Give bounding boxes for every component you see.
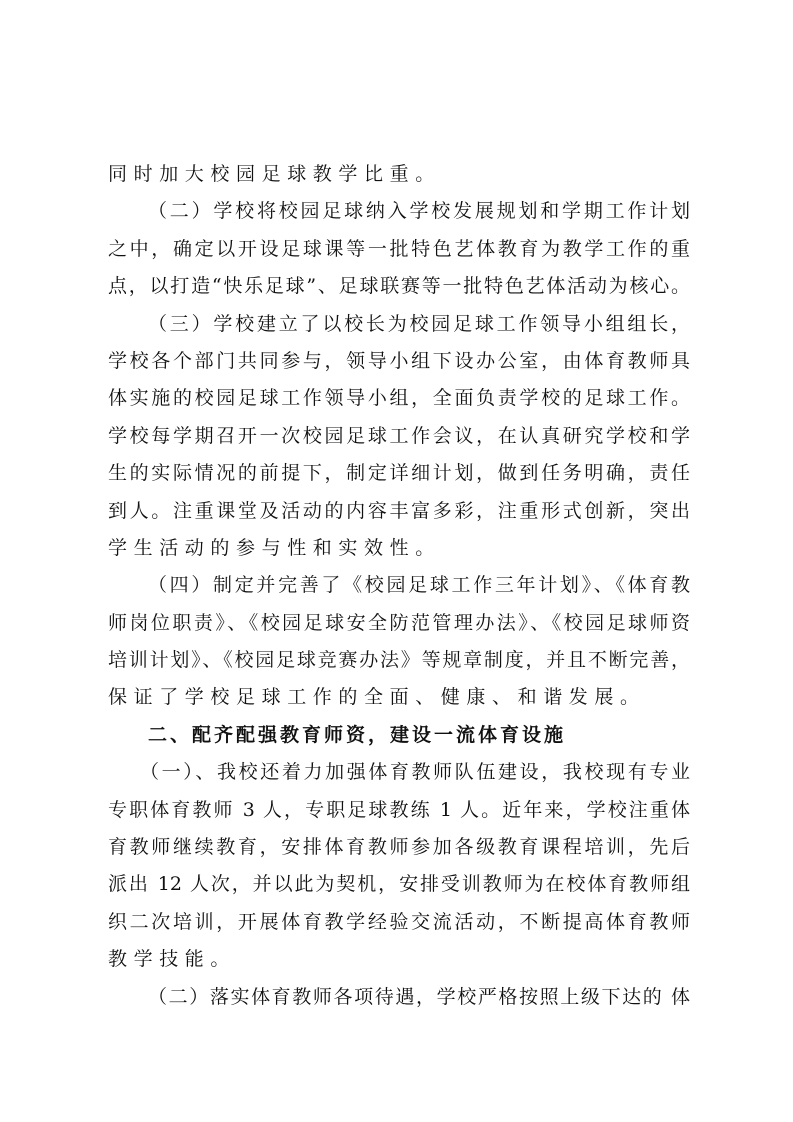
text-line: 保证了学校足球工作的全面、健康、和谐发展。 bbox=[108, 679, 690, 716]
paragraph-2-start: （二）学校将校园足球纳入学校发展规划和学期工作计划 bbox=[108, 193, 690, 230]
text-line: 育教师继续教育，安排体育教师参加各级教育课程培训，先后 bbox=[108, 829, 690, 866]
text-line: 学校各个部门共同参与，领导小组下设办公室，由体育教师具 bbox=[108, 343, 690, 380]
text-line: 专职体育教师 3 人，专职足球教练 1 人。近年来，学校注重体 bbox=[108, 792, 690, 829]
paragraph-6-start: （二）落实体育教师各项待遇，学校严格按照上级下达的 体 bbox=[108, 979, 690, 1016]
text-line: 同时加大校园足球教学比重。 bbox=[108, 156, 690, 193]
text-line: 培训计划》、《校园足球竞赛办法》等规章制度，并且不断完善， bbox=[108, 642, 690, 679]
document-page: 同时加大校园足球教学比重。 （二）学校将校园足球纳入学校发展规划和学期工作计划 … bbox=[0, 0, 793, 1122]
paragraph-5-start: （一）、我校还着力加强体育教师队伍建设，我校现有专业 bbox=[108, 754, 690, 791]
section-heading: 二、配齐配强教育师资，建设一流体育设施 bbox=[108, 717, 690, 754]
text-line: 体实施的校园足球工作领导小组，全面负责学校的足球工作。 bbox=[108, 380, 690, 417]
paragraph-3-start: （三）学校建立了以校长为校园足球工作领导小组组长， bbox=[108, 306, 690, 343]
text-line: 学校每学期召开一次校园足球工作会议，在认真研究学校和学 bbox=[108, 418, 690, 455]
text-line: 学生活动的参与性和实效性。 bbox=[108, 530, 690, 567]
text-line: 派出 12 人次，并以此为契机，安排受训教师为在校体育教师组 bbox=[108, 866, 690, 903]
text-line: 点，以打造“快乐足球”、足球联赛等一批特色艺体活动为核心。 bbox=[108, 268, 690, 305]
text-line: 织二次培训，开展体育教学经验交流活动，不断提高体育教师 bbox=[108, 904, 690, 941]
text-line: 教学技能。 bbox=[108, 941, 690, 978]
text-line: 到人。注重课堂及活动的内容丰富多彩，注重形式创新，突出 bbox=[108, 493, 690, 530]
paragraph-4-start: （四）制定并完善了《校园足球工作三年计划》、《体育教 bbox=[108, 567, 690, 604]
text-line: 师岗位职责》、《校园足球安全防范管理办法》、《校园足球师资 bbox=[108, 605, 690, 642]
text-line: 之中，确定以开设足球课等一批特色艺体教育为教学工作的重 bbox=[108, 231, 690, 268]
document-body: 同时加大校园足球教学比重。 （二）学校将校园足球纳入学校发展规划和学期工作计划 … bbox=[108, 156, 690, 1016]
text-line: 生的实际情况的前提下，制定详细计划，做到任务明确，责任 bbox=[108, 455, 690, 492]
